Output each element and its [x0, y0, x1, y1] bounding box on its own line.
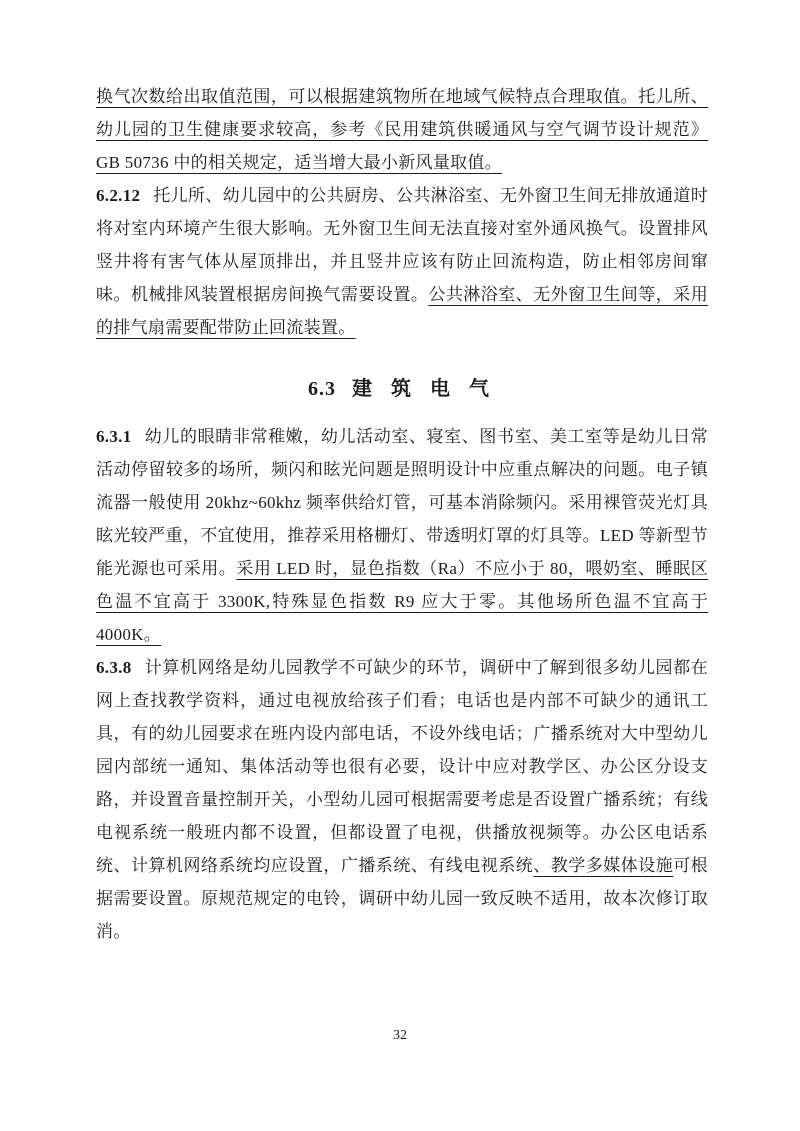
carryover-underlined-text: 换气次数给出取值范围，可以根据建筑物所在地域气候特点合理取值。托儿所、幼儿园的卫… — [96, 87, 708, 172]
paragraph-clause-6-2-12: 6.2.12托儿所、幼儿园中的公共厨房、公共淋浴室、无外窗卫生间无排放通道时将对… — [96, 179, 708, 344]
document-page: 换气次数给出取值范围，可以根据建筑物所在地域气候特点合理取值。托儿所、幼儿园的卫… — [0, 0, 800, 1131]
clause-6-3-8-underlined-text: 、教学多媒体设施 — [533, 856, 673, 875]
section-title: 建 筑 电 气 — [352, 378, 496, 400]
section-number: 6.3 — [308, 378, 336, 400]
clause-6-3-1-text: 幼儿的眼睛非常稚嫩，幼儿活动室、寝室、图书室、美工室等是幼儿日常活动停留较多的场… — [96, 427, 708, 578]
paragraph-clause-6-3-8: 6.3.8计算机网络是幼儿园教学不可缺少的环节，调研中了解到很多幼儿园都在网上查… — [96, 651, 708, 948]
clause-number-6-3-1: 6.3.1 — [96, 427, 132, 446]
clause-6-3-8-text-before: 计算机网络是幼儿园教学不可缺少的环节，调研中了解到很多幼儿园都在网上查找教学资料… — [96, 658, 708, 875]
paragraph-carryover: 换气次数给出取值范围，可以根据建筑物所在地域气候特点合理取值。托儿所、幼儿园的卫… — [96, 80, 708, 179]
page-number: 32 — [393, 1028, 407, 1043]
clause-number-6-2-12: 6.2.12 — [96, 186, 140, 205]
section-heading: 6.3建 筑 电 气 — [96, 374, 708, 404]
page-footer: 32 — [0, 1028, 800, 1044]
paragraph-clause-6-3-1: 6.3.1幼儿的眼睛非常稚嫩，幼儿活动室、寝室、图书室、美工室等是幼儿日常活动停… — [96, 420, 708, 651]
page-body: 换气次数给出取值范围，可以根据建筑物所在地域气候特点合理取值。托儿所、幼儿园的卫… — [96, 80, 708, 948]
clause-number-6-3-8: 6.3.8 — [96, 658, 132, 677]
